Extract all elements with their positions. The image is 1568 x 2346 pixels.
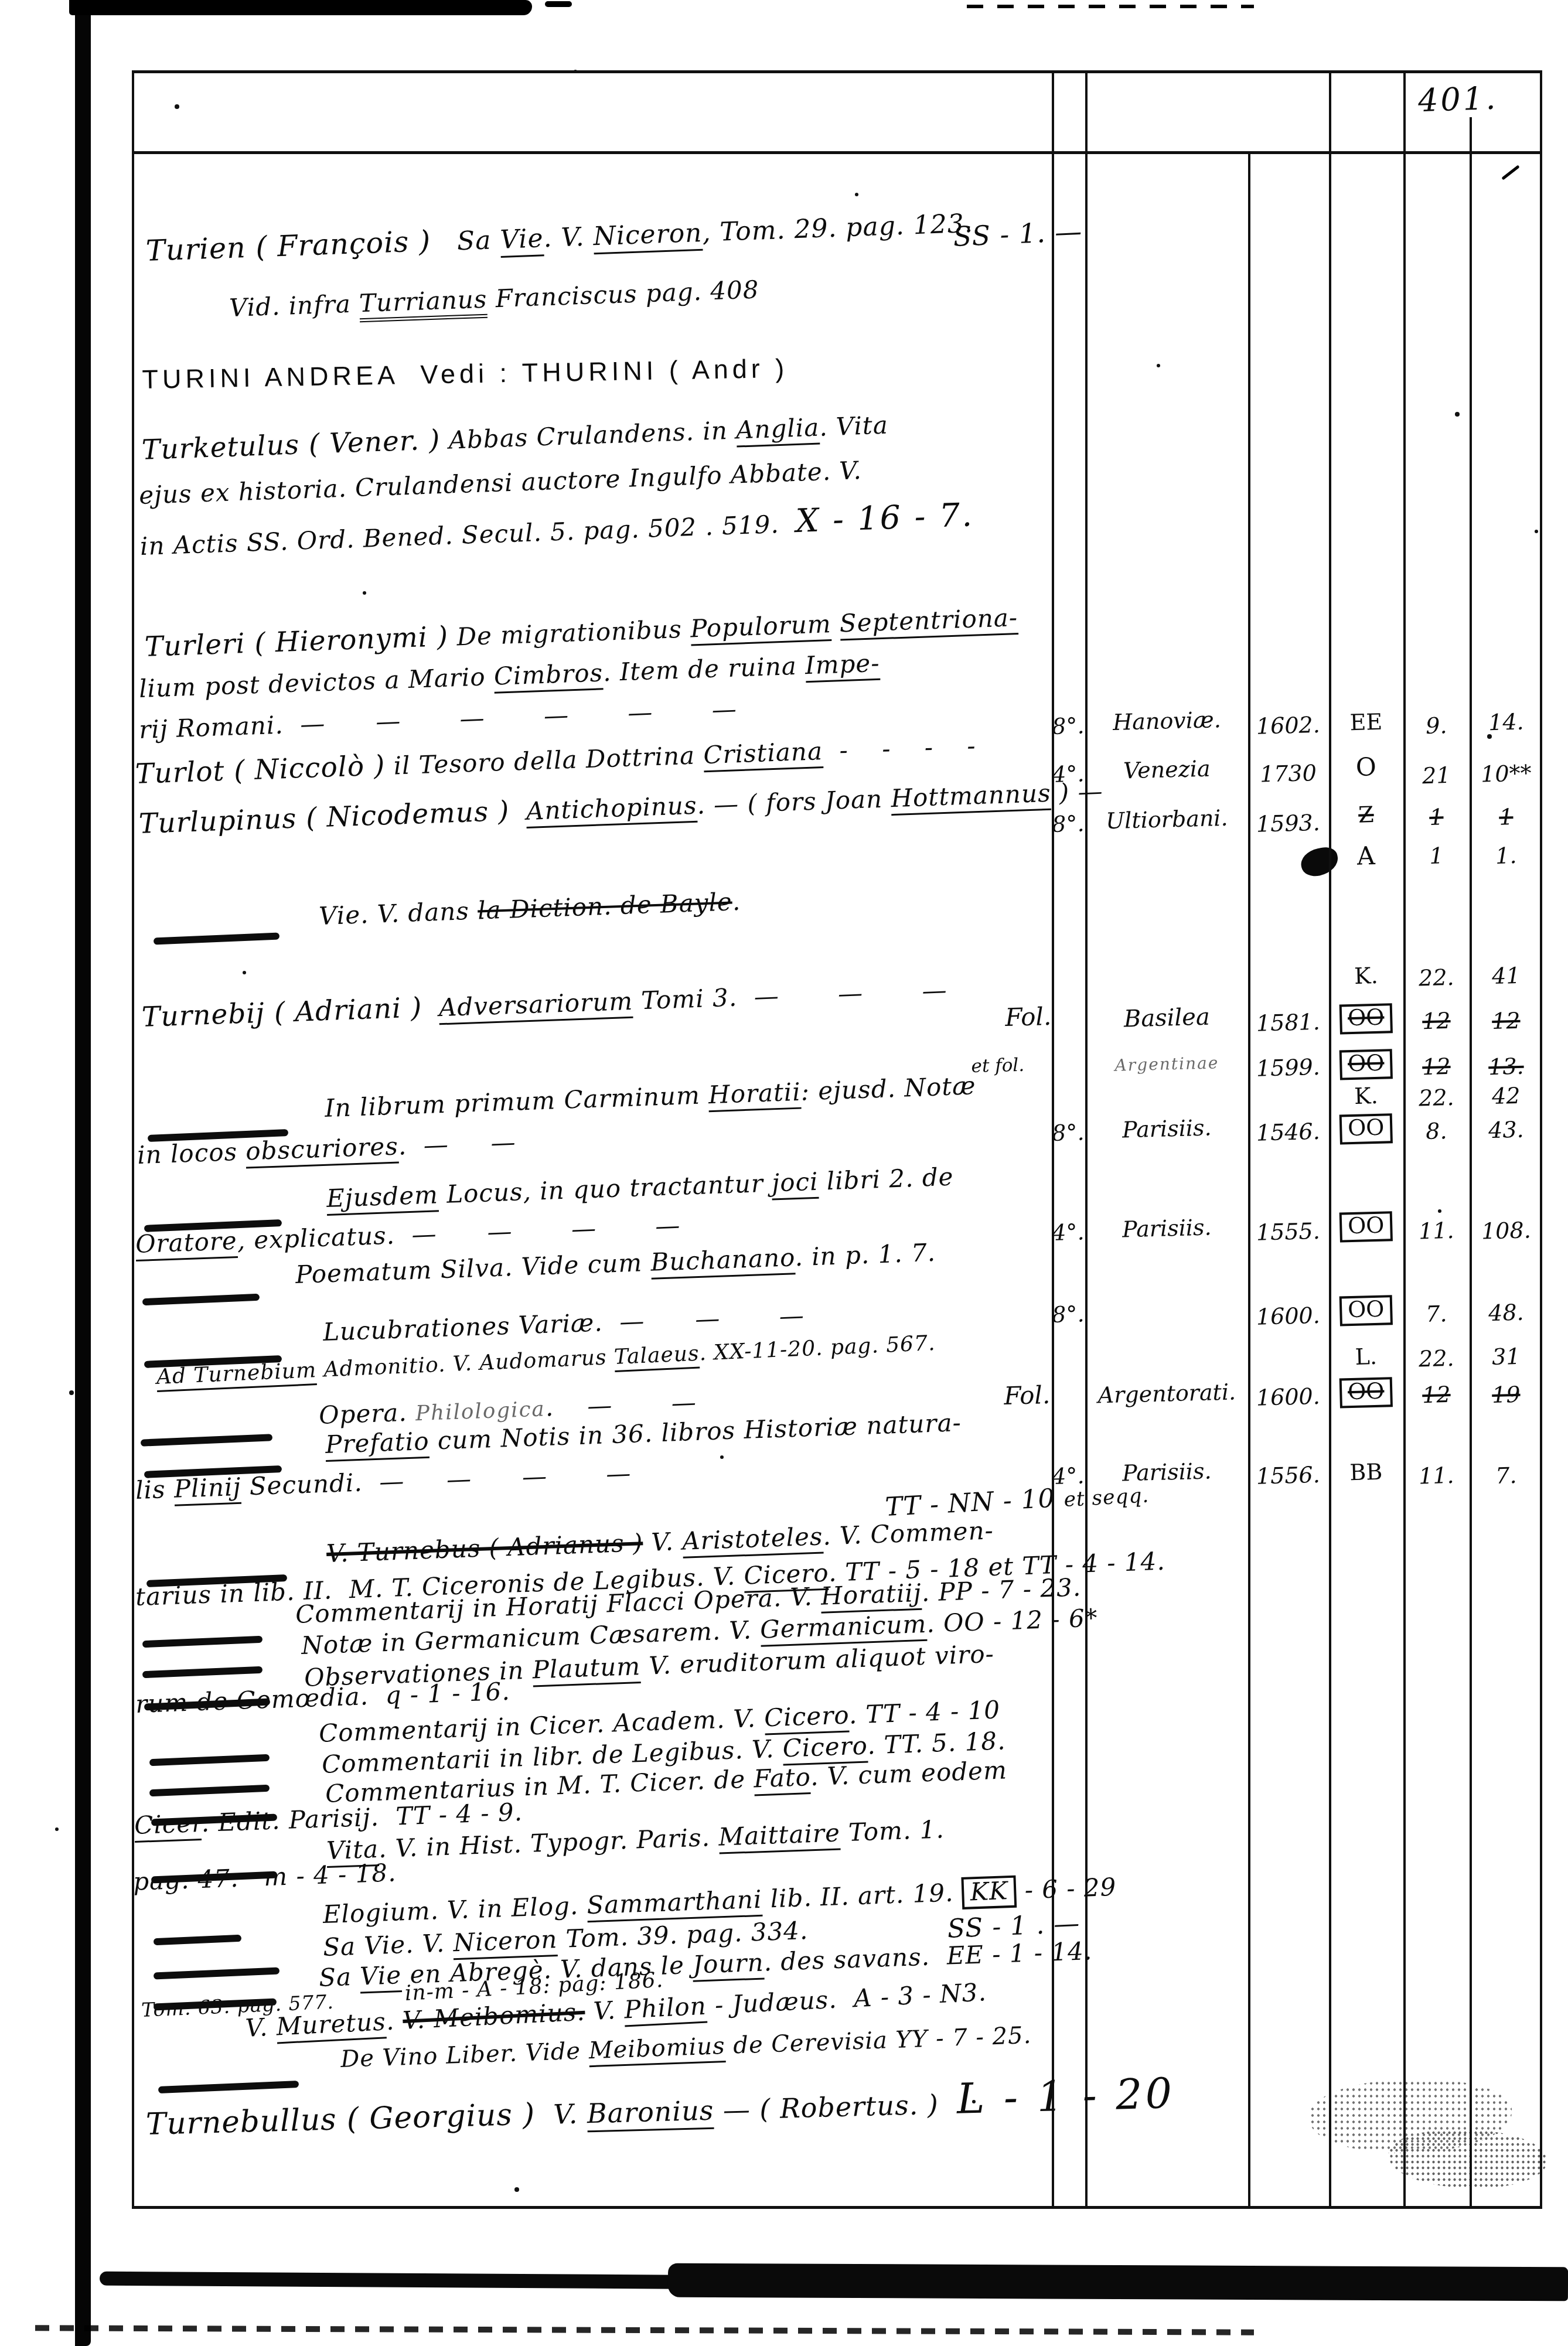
- text-segment: X - 16 - 7.: [795, 496, 974, 540]
- table-cell-num2: 31: [1471, 1343, 1541, 1370]
- table-cell-shelf: OO: [1331, 1003, 1402, 1035]
- text-segment: Niceron: [593, 218, 703, 254]
- cell-text: 43.: [1488, 1117, 1525, 1144]
- entry-line: in Actis SS. Ord. Bened. Secul. 5. pag. …: [139, 497, 974, 563]
- table-cell-shelf: OO: [1331, 1211, 1402, 1243]
- table-cell-num2: 19: [1471, 1381, 1541, 1409]
- text-segment: Impe-: [805, 649, 880, 683]
- cell-text: OO: [1339, 1003, 1393, 1034]
- text-segment: lib. II. art. 19.: [761, 1878, 962, 1914]
- cell-text: OO: [1339, 1377, 1393, 1408]
- cell-text: 4°.: [1052, 761, 1085, 787]
- table-cell-shelf: Z: [1331, 801, 1402, 828]
- table-cell-shelf: BB: [1331, 1458, 1402, 1486]
- table-cell-year: 1599.: [1250, 1054, 1327, 1082]
- table-cell-shelf: O: [1331, 752, 1402, 783]
- cell-text: 11.: [1419, 1462, 1455, 1489]
- cell-text: 1600.: [1256, 1302, 1320, 1330]
- text-segment: . des savans. EE - 1 - 14.: [763, 1936, 1093, 1977]
- cell-text: L.: [1355, 1344, 1377, 1370]
- text-segment: Journ: [692, 1948, 764, 1982]
- manuscript-page: 401. Turien ( François ) Sa Vie. V. Nice…: [0, 0, 1568, 2346]
- page-number-text: 401.: [1417, 80, 1498, 120]
- entry-line: Ejusdem Locus, in quo tractantur joci li…: [326, 1163, 954, 1213]
- cell-text: 1602.: [1256, 712, 1320, 739]
- text-segment: Aristoteles: [681, 1522, 823, 1558]
- entry-line: rum de Comœdia. q - 1 - 16.: [135, 1677, 510, 1719]
- table-cell-place: Argentinae: [1088, 1049, 1246, 1076]
- table-cell-num1: 9.: [1405, 712, 1468, 739]
- table-cell-place: Argentorati.: [1088, 1379, 1246, 1409]
- cell-text: 8°.: [1052, 1301, 1085, 1328]
- cell-text: 8°.: [1052, 1120, 1085, 1146]
- text-segment: Sa: [430, 225, 500, 257]
- table-cell-num1: 21: [1405, 762, 1468, 789]
- text-segment: — ( Robertus. ): [713, 2088, 957, 2126]
- text-segment: V.: [534, 2098, 587, 2130]
- text-segment: Baronius: [587, 2095, 714, 2133]
- text-segment: In librum primum Carminum: [324, 1080, 709, 1123]
- table-cell-format: 8°.: [1051, 811, 1085, 837]
- text-segment: . Vita: [819, 411, 888, 442]
- table-cell-num1: 12: [1405, 1007, 1468, 1035]
- table-cell-format: et fol.: [971, 1055, 1024, 1077]
- cell-text: OO: [1339, 1049, 1393, 1080]
- entry-heading-text: TURINI ANDREA Vedi : THURINI ( Andr ): [142, 353, 789, 394]
- text-segment: la Diction. de Bayle: [477, 887, 732, 925]
- cell-text: 1.: [1495, 843, 1517, 869]
- cell-text: Parisiis.: [1122, 1458, 1212, 1486]
- table-cell-place: Parisiis.: [1088, 1114, 1246, 1144]
- text-segment: in Actis SS. Ord. Bened. Secul. 5. pag. …: [139, 509, 796, 561]
- ditto-mark: [141, 1434, 272, 1446]
- cell-text: OO: [1339, 1211, 1393, 1242]
- text-segment: Opera.: [318, 1397, 416, 1430]
- table-cell-shelf: OO: [1331, 1295, 1402, 1327]
- table-cell-year: 1556.: [1250, 1462, 1327, 1489]
- text-segment: Talaeus: [613, 1342, 700, 1372]
- text-segment: Horatiij: [820, 1578, 922, 1614]
- entry-line: ejus ex historia. Crulandensi auctore In…: [138, 456, 862, 510]
- cell-text: 22.: [1419, 1085, 1455, 1111]
- text-segment: V.: [245, 2012, 277, 2042]
- cell-text: BB: [1349, 1459, 1383, 1485]
- text-segment: - Judæus. A - 3 - N3.: [705, 1977, 987, 2020]
- table-cell-num2: 12: [1471, 1007, 1541, 1035]
- cell-text: 1599.: [1256, 1054, 1320, 1082]
- text-segment: Tomi 3. — — —: [632, 976, 947, 1015]
- cell-text: 1600.: [1256, 1383, 1320, 1411]
- text-segment: . Item de ruina: [602, 651, 806, 687]
- text-segment: Niceron: [453, 1925, 558, 1960]
- table-cell-num1: 12: [1405, 1381, 1468, 1409]
- text-segment: Buchanano: [650, 1243, 796, 1280]
- text-segment: rum de Comœdia. q - 1 - 16.: [135, 1677, 510, 1718]
- cell-text: 9.: [1426, 712, 1447, 739]
- scan-speckles: [0, 0, 2, 2]
- text-segment: , Tom. 29. pag. 123.: [702, 209, 974, 248]
- cell-text: 7.: [1495, 1462, 1517, 1489]
- entry-line: Turien ( François ) Sa Vie. V. Niceron, …: [145, 206, 974, 268]
- ditto-mark: [142, 1666, 263, 1679]
- text-segment: Sammarthani: [587, 1885, 763, 1922]
- table-cell-format: 8°.: [1051, 1120, 1085, 1146]
- cell-text: Basilea: [1123, 1004, 1210, 1033]
- table-cell-format: 8°.: [1051, 1301, 1085, 1328]
- cell-text: Ultiorbani.: [1106, 805, 1228, 834]
- text-segment: .: [385, 2006, 403, 2035]
- table-cell-shelf: OO: [1331, 1113, 1402, 1145]
- text-segment: Vie. V. dans: [318, 896, 478, 930]
- text-segment: Maittaire: [718, 1818, 840, 1854]
- text-segment: Vie: [499, 223, 544, 258]
- text-segment: V.: [584, 1995, 625, 2026]
- text-segment: Antichopinus: [526, 791, 697, 828]
- text-segment: Turrianus: [359, 285, 488, 323]
- entry-line: Turleri ( Hieronymi ) De migrationibus P…: [144, 601, 1018, 663]
- entry-line: In librum primum Carminum Horatii: ejusd…: [324, 1072, 976, 1123]
- table-cell-shelf: K.: [1331, 962, 1402, 990]
- cell-text: K.: [1354, 963, 1379, 989]
- table-cell-format: 8°.: [1051, 713, 1085, 739]
- table-cell-num2: 41: [1471, 962, 1541, 990]
- cell-text: OO: [1339, 1113, 1393, 1144]
- text-segment: Germanicum: [759, 1610, 927, 1647]
- cell-text: Hanoviæ.: [1113, 707, 1222, 735]
- text-segment: . XX-11-20. pag. 567.: [699, 1331, 936, 1366]
- table-cell-format: 4°.: [1051, 761, 1085, 787]
- text-segment: De Vino Liber. Vide: [340, 2037, 589, 2073]
- table-cell-year: 1730: [1250, 760, 1327, 787]
- cell-text: 31: [1492, 1344, 1521, 1370]
- ditto-mark: [154, 933, 279, 945]
- text-segment: Cimbros: [493, 658, 604, 693]
- table-cell-num2: 7.: [1471, 1462, 1541, 1489]
- text-segment: Cicero: [763, 1700, 849, 1735]
- table-cell-shelf: L.: [1331, 1343, 1402, 1370]
- entry-line: TURINI ANDREA Vedi : THURINI ( Andr ): [142, 353, 789, 395]
- text-segment: Sa: [318, 1962, 360, 1992]
- table-cell-num1: 22.: [1405, 964, 1468, 991]
- text-segment: Meibomius: [588, 2033, 726, 2067]
- table-cell-num2: 14.: [1471, 708, 1541, 736]
- text-segment: de Cerevisia YY - 7 - 25.: [725, 2022, 1032, 2059]
- text-segment: libri 2. de: [818, 1162, 955, 1196]
- table-cell-format: Fol.: [1005, 1002, 1052, 1032]
- table-cell-place: Hanoviæ.: [1088, 706, 1246, 736]
- cell-text: 4°.: [1052, 1219, 1085, 1246]
- text-segment: . V. Commen-: [822, 1516, 994, 1550]
- text-segment: ejus ex historia. Crulandensi auctore In…: [138, 456, 862, 510]
- table-cell-num2: 1.: [1471, 842, 1541, 869]
- table-cell-num1: 22.: [1405, 1084, 1468, 1111]
- text-segment: in locos: [137, 1137, 246, 1169]
- text-segment: SS - 1. —: [953, 215, 1083, 253]
- pen-flick-mark: [1501, 165, 1519, 180]
- text-segment: . V.: [543, 221, 594, 253]
- text-segment: Elogium. V. in Elog.: [322, 1891, 587, 1929]
- cell-text: 19: [1492, 1382, 1521, 1408]
- cell-text: A: [1356, 841, 1375, 871]
- text-segment: Muretus: [275, 2007, 387, 2044]
- text-segment: .: [732, 887, 741, 916]
- scan-artifact-top-blob-small: [545, 1, 572, 7]
- text-segment: Fato: [753, 1762, 811, 1796]
- cell-text: 4°.: [1052, 1463, 1085, 1489]
- text-segment: lium post devictos a Mario: [138, 662, 494, 703]
- cell-text: 12: [1492, 1008, 1521, 1034]
- entry-line: Turnebij ( Adriani ) Adversariorum Tomi …: [141, 974, 947, 1034]
- entry-line: lis Plinij Secundi. — — — —: [135, 1459, 632, 1505]
- cell-text: Argentinae: [1114, 1053, 1219, 1075]
- text-segment: . TT - 4 - 10: [848, 1695, 1001, 1729]
- cell-text: 12: [1422, 1053, 1451, 1080]
- text-segment: KK: [962, 1876, 1017, 1909]
- text-segment: Admonitio. V. Audomarus: [316, 1345, 615, 1382]
- cell-text: 48.: [1488, 1300, 1525, 1327]
- cell-text: 42: [1492, 1083, 1521, 1109]
- cell-text: Z: [1358, 802, 1375, 828]
- text-segment: Turlot ( Niccolò ): [135, 749, 386, 790]
- cell-text: 1730: [1259, 760, 1317, 787]
- cell-text: Venezia: [1123, 756, 1211, 784]
- cell-text: 22.: [1419, 1345, 1455, 1372]
- table-cell-place: Venezia: [1088, 755, 1246, 785]
- table-cell-num1: 11.: [1405, 1462, 1468, 1489]
- table-cell-year: 1546.: [1250, 1119, 1327, 1146]
- text-segment: Turketulus ( Vener. ): [141, 424, 441, 466]
- table-cell-year: 1555.: [1250, 1218, 1327, 1246]
- cell-text: Parisiis.: [1122, 1115, 1212, 1143]
- text-segment: rij Romani. — — — — — —: [138, 694, 737, 744]
- page-number: 401.: [1417, 80, 1498, 120]
- table-cell-year: 1600.: [1250, 1302, 1327, 1330]
- table-cell-format: 4°.: [1051, 1219, 1085, 1246]
- text-segment: Philon: [623, 1992, 707, 2027]
- table-cell-num1: 11.: [1405, 1217, 1468, 1244]
- entry-line: rij Romani. — — — — — —: [138, 695, 737, 744]
- entry-line: Vid. infra Turrianus Franciscus pag. 408: [229, 275, 759, 322]
- table-cell-num1: 12: [1405, 1053, 1468, 1080]
- entry-line: Turnebullus ( Georgius ) V. Baronius — (…: [145, 2069, 1175, 2144]
- cell-text: 1: [1429, 843, 1444, 869]
- ditto-mark: [142, 1636, 263, 1648]
- column-rule-place-year: [1248, 151, 1250, 2209]
- cell-text: 10**: [1481, 760, 1532, 787]
- table-cell-num2: 42: [1471, 1082, 1541, 1110]
- cell-text: Parisiis.: [1122, 1215, 1212, 1243]
- text-segment: Abbas Crulandens. in: [439, 416, 736, 455]
- cell-text: et fol.: [971, 1055, 1024, 1077]
- table-cell-shelf: K.: [1331, 1082, 1402, 1110]
- scan-artifact-bottom-band-heavy: [668, 2263, 1568, 2301]
- text-segment: L - 1 - 20: [956, 2069, 1175, 2123]
- cell-text: 1581.: [1256, 1009, 1320, 1036]
- cell-text: Fol.: [1004, 1380, 1051, 1410]
- ditto-mark: [149, 1785, 270, 1797]
- cell-text: 1593.: [1256, 810, 1320, 837]
- cell-text: 21: [1422, 762, 1451, 789]
- text-segment: . — ( fors Joan: [697, 784, 892, 820]
- table-cell-year: 1600.: [1250, 1383, 1327, 1411]
- text-segment: Turnebij ( Adriani ): [141, 991, 422, 1034]
- cell-text: 1: [1499, 804, 1514, 830]
- table-cell-num2: 108.: [1471, 1217, 1541, 1244]
- cell-text: 11.: [1419, 1218, 1455, 1244]
- table-cell-num2: 48.: [1471, 1299, 1541, 1327]
- text-segment: Locus, in quo tractantur: [438, 1168, 772, 1209]
- text-segment: . — —: [398, 1127, 516, 1160]
- text-segment: Turleri ( Hieronymi ): [144, 620, 449, 663]
- cell-text: 1556.: [1256, 1462, 1320, 1489]
- cell-text: Fol.: [1005, 1002, 1052, 1032]
- table-cell-format: 4°.: [1051, 1463, 1085, 1489]
- text-segment: Vid. infra: [229, 289, 360, 322]
- text-segment: - - - -: [822, 731, 976, 765]
- text-segment: De migrationibus: [448, 615, 691, 652]
- table-cell-shelf: OO: [1331, 1377, 1402, 1409]
- ditto-mark: [154, 1935, 241, 1945]
- entry-line: Vie. V. dans la Diction. de Bayle.: [318, 888, 741, 930]
- ditto-mark: [158, 2081, 299, 2093]
- cell-text: 8.: [1426, 1118, 1447, 1144]
- text-segment: Turnebullus ( Georgius ): [145, 2097, 536, 2142]
- table-cell-place: Parisiis.: [1088, 1457, 1246, 1487]
- table-cell-year: 1581.: [1250, 1009, 1327, 1036]
- text-segment: Cicer: [134, 1809, 202, 1843]
- text-segment: Tom. 1.: [840, 1815, 945, 1847]
- text-segment: lis: [135, 1475, 174, 1505]
- cell-text: 1555.: [1256, 1218, 1320, 1246]
- scan-noise-cluster: [1389, 2130, 1547, 2188]
- cell-text: 8°.: [1052, 811, 1085, 837]
- text-segment: : ejusd. Notæ: [800, 1071, 976, 1106]
- text-segment: . TT. 5. 18.: [867, 1726, 1006, 1759]
- cell-text: 14.: [1488, 709, 1525, 736]
- text-segment: Plinij: [173, 1472, 241, 1506]
- cell-text: 7.: [1426, 1301, 1447, 1327]
- ditto-mark: [149, 1754, 270, 1767]
- text-segment: Prefatio: [325, 1427, 430, 1462]
- text-segment: [509, 797, 527, 826]
- text-segment: Ejusdem: [326, 1180, 439, 1216]
- text-segment: Franciscus pag. 408: [486, 275, 759, 313]
- text-segment: Sa Vie. V.: [322, 1928, 454, 1962]
- cell-text: OO: [1339, 1295, 1393, 1326]
- cell-text: K.: [1354, 1083, 1379, 1109]
- text-segment: il Tesoro della Dottrina: [384, 741, 704, 780]
- cell-text: 12: [1422, 1382, 1451, 1408]
- table-cell-num2: 43.: [1471, 1116, 1541, 1144]
- cell-text: O: [1355, 752, 1376, 782]
- text-segment: Anglia: [735, 413, 820, 448]
- table-cell-place: Basilea: [1088, 1002, 1246, 1034]
- table-cell-format: Fol.: [1004, 1380, 1051, 1410]
- text-segment: . OO - 12 - 6*: [926, 1604, 1098, 1638]
- cell-text: EE: [1349, 709, 1383, 735]
- table-cell-year: 1593.: [1250, 810, 1327, 837]
- scan-artifact-bottom-dashes: [35, 2325, 1254, 2335]
- table-cell-shelf: EE: [1331, 708, 1402, 736]
- column-rule-num1-num2: [1470, 117, 1472, 2209]
- text-segment: Turlupinus ( Nicodemus ): [138, 795, 510, 840]
- table-cell-num1: 1: [1405, 803, 1468, 831]
- text-segment: Vie: [359, 1960, 402, 1993]
- table-cell-num2: 1: [1471, 803, 1541, 831]
- text-segment: Horatii: [708, 1077, 802, 1112]
- text-segment: , explicatus. — — — —: [237, 1211, 681, 1255]
- cell-text: 13.: [1488, 1053, 1525, 1080]
- cell-text: 1546.: [1256, 1119, 1320, 1146]
- text-segment: Cristiana: [703, 736, 823, 772]
- text-segment: . in p. 1. 7.: [795, 1238, 936, 1271]
- table-cell-place: Ultiorbani.: [1088, 804, 1246, 834]
- table-cell-num2: 13.: [1471, 1053, 1541, 1080]
- text-segment: Philologica: [415, 1397, 546, 1426]
- cell-text: 8°.: [1052, 713, 1085, 739]
- text-segment: Septentriona-: [839, 603, 1018, 641]
- text-segment: Plautum: [532, 1652, 641, 1687]
- table-cell-num1: 8.: [1405, 1117, 1468, 1145]
- cell-text: 1: [1429, 804, 1444, 830]
- table-cell-num2: 10**: [1471, 760, 1541, 787]
- text-segment: Secundi. — — — —: [241, 1458, 632, 1501]
- text-segment: Turien ( François ): [145, 224, 431, 268]
- cell-text: 41: [1492, 963, 1521, 989]
- text-segment: joci: [771, 1167, 819, 1201]
- text-segment: [831, 609, 840, 638]
- text-segment: Adversariorum: [438, 987, 633, 1025]
- text-segment: . PP - 7 - 23.: [921, 1573, 1082, 1607]
- cell-text: 12: [1422, 1008, 1451, 1034]
- scan-edge-artifact-left: [75, 0, 91, 2346]
- text-segment: V.: [642, 1527, 683, 1557]
- text-segment: . — —: [545, 1388, 697, 1422]
- scan-artifact-top-blob: [69, 0, 532, 15]
- text-segment: [421, 993, 439, 1022]
- entry-line: Turketulus ( Vener. ) Abbas Crulandens. …: [141, 409, 889, 467]
- cell-text: Argentorati.: [1097, 1379, 1236, 1408]
- table-cell-num1: 7.: [1405, 1300, 1468, 1328]
- entry-line: SS - 1. —: [953, 216, 1083, 252]
- scan-artifact-top-dashes: [967, 5, 1254, 8]
- ditto-mark: [154, 1967, 279, 1980]
- cell-text: 108.: [1481, 1217, 1532, 1244]
- text-segment: - 6 - 29: [1016, 1873, 1117, 1905]
- text-segment: . V. cum eodem: [810, 1755, 1007, 1791]
- ditto-mark: [142, 1294, 260, 1305]
- table-cell-num1: 22.: [1405, 1345, 1468, 1372]
- text-segment: Populorum: [690, 609, 831, 646]
- table-cell-place: Parisiis.: [1088, 1213, 1246, 1243]
- table-cell-num1: 1: [1405, 842, 1468, 869]
- text-segment: V. Turnebus ( Adrianus ): [326, 1528, 643, 1568]
- text-segment: Hottmannus: [891, 779, 1052, 816]
- table-cell-shelf: OO: [1331, 1049, 1402, 1080]
- table-cell-year: 1602.: [1250, 712, 1327, 739]
- table-cell-shelf: A: [1331, 841, 1402, 872]
- cell-text: 22.: [1419, 964, 1455, 991]
- text-segment: Poematum Silva. Vide cum: [295, 1248, 651, 1289]
- text-segment: obscuriores: [245, 1131, 398, 1168]
